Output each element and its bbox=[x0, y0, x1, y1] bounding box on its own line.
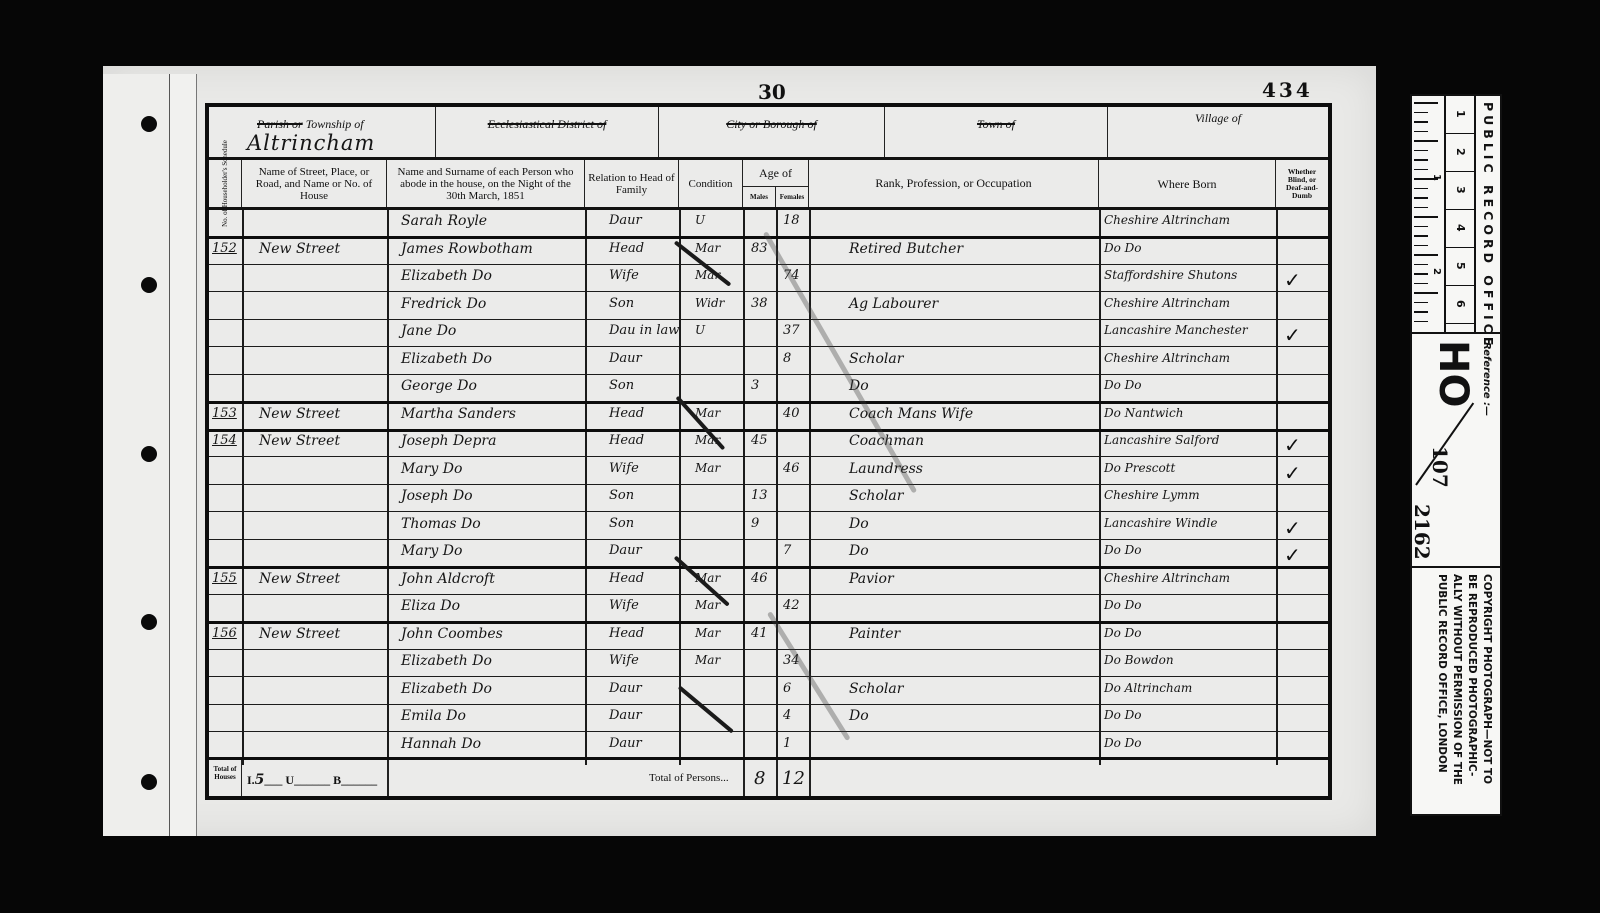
scale-ruler: PUBLIC RECORD OFFICE 12345612 bbox=[1412, 96, 1500, 334]
cell-mark bbox=[1284, 708, 1324, 730]
binding-margin bbox=[103, 74, 170, 836]
cell-mark: ✓ bbox=[1284, 268, 1324, 290]
folio-number: 30 bbox=[758, 80, 786, 104]
cell-female: 8 bbox=[783, 351, 807, 373]
scale-number: 4 bbox=[1454, 224, 1467, 232]
cell-schedule bbox=[212, 268, 242, 290]
cell-name: Elizabeth Do bbox=[401, 653, 583, 675]
column-headers: No. of Householder's Schedule Name of St… bbox=[209, 160, 1328, 210]
cell-born: Do Do bbox=[1104, 543, 1276, 565]
cell-relation: Dau in law bbox=[609, 323, 677, 345]
cell-occupation: Do bbox=[849, 543, 1094, 565]
cell-born: Cheshire Altrincham bbox=[1104, 213, 1276, 235]
cell-male bbox=[751, 708, 775, 730]
census-row: 154New StreetJoseph DepraHeadMar45Coachm… bbox=[209, 430, 1328, 457]
cell-name: Fredrick Do bbox=[401, 296, 583, 318]
cell-male bbox=[751, 351, 775, 373]
cell-condition: Mar bbox=[695, 241, 741, 263]
census-row: George DoSon3DoDo Do bbox=[209, 375, 1328, 404]
cell-schedule: 153 bbox=[212, 406, 242, 428]
township-box: Parish or Township of Altrincham bbox=[209, 107, 436, 157]
cell-mark bbox=[1284, 598, 1324, 620]
cell-street bbox=[259, 708, 384, 730]
reference-series: HO bbox=[1430, 340, 1476, 407]
cell-relation: Daur bbox=[609, 351, 677, 373]
cell-name: Elizabeth Do bbox=[401, 681, 583, 703]
inch-mark: 1 bbox=[1431, 174, 1442, 181]
census-row: Mary DoDaur7DoDo Do✓ bbox=[209, 540, 1328, 569]
cell-condition bbox=[695, 351, 741, 373]
cell-occupation: Do bbox=[849, 708, 1094, 730]
cell-mark bbox=[1284, 213, 1324, 235]
total-persons-label: Total of Persons... bbox=[649, 772, 729, 784]
record-office-card: PUBLIC RECORD OFFICE 12345612 Reference … bbox=[1410, 94, 1502, 816]
cell-occupation: Painter bbox=[849, 626, 1094, 648]
cell-mark: ✓ bbox=[1284, 543, 1324, 565]
cell-name: Emila Do bbox=[401, 708, 583, 730]
scale-number: 2 bbox=[1454, 148, 1467, 156]
cell-born: Do Prescott bbox=[1104, 461, 1276, 483]
cell-schedule bbox=[212, 296, 242, 318]
cell-male bbox=[751, 213, 775, 235]
cell-name: George Do bbox=[401, 378, 583, 400]
cell-relation: Head bbox=[609, 433, 677, 455]
cell-occupation: Scholar bbox=[849, 488, 1094, 510]
cell-occupation: Scholar bbox=[849, 351, 1094, 373]
cell-occupation: Do bbox=[849, 378, 1094, 400]
town-box: Town of bbox=[885, 107, 1108, 157]
cell-male: 13 bbox=[751, 488, 775, 510]
cell-occupation: Ag Labourer bbox=[849, 296, 1094, 318]
cell-female bbox=[783, 488, 807, 510]
cell-street bbox=[259, 461, 384, 483]
cell-schedule bbox=[212, 516, 242, 538]
cell-male bbox=[751, 406, 775, 428]
cell-female: 46 bbox=[783, 461, 807, 483]
cell-mark: ✓ bbox=[1284, 433, 1324, 455]
cell-schedule: 155 bbox=[212, 571, 242, 593]
cell-female: 42 bbox=[783, 598, 807, 620]
building-label: B bbox=[333, 773, 341, 787]
houses-counts: I.5___ U______ B______ bbox=[247, 772, 377, 788]
cell-street bbox=[259, 268, 384, 290]
cell-born: Cheshire Altrincham bbox=[1104, 571, 1276, 593]
punch-hole bbox=[141, 446, 157, 462]
cell-female bbox=[783, 241, 807, 263]
cell-mark bbox=[1284, 241, 1324, 263]
cell-street bbox=[259, 351, 384, 373]
cell-born: Do Do bbox=[1104, 736, 1276, 758]
cell-relation: Wife bbox=[609, 461, 677, 483]
cell-condition: Mar bbox=[695, 653, 741, 675]
cell-condition bbox=[695, 681, 741, 703]
cell-born: Staffordshire Shutons bbox=[1104, 268, 1276, 290]
census-row: Elizabeth DoWifeMar34Do Bowdon bbox=[209, 650, 1328, 677]
cell-female: 6 bbox=[783, 681, 807, 703]
cell-street bbox=[259, 296, 384, 318]
cell-schedule bbox=[212, 351, 242, 373]
cell-mark bbox=[1284, 378, 1324, 400]
cell-street bbox=[259, 488, 384, 510]
cell-male: 3 bbox=[751, 378, 775, 400]
cell-relation: Daur bbox=[609, 681, 677, 703]
cell-schedule bbox=[212, 543, 242, 565]
cell-male: 38 bbox=[751, 296, 775, 318]
cell-male bbox=[751, 268, 775, 290]
cell-relation: Son bbox=[609, 488, 677, 510]
cell-born: Cheshire Lymm bbox=[1104, 488, 1276, 510]
cell-name: Thomas Do bbox=[401, 516, 583, 538]
cell-female: 37 bbox=[783, 323, 807, 345]
col-blind: Whether Blind, or Deaf-and-Dumb bbox=[1276, 160, 1328, 207]
cell-name: Hannah Do bbox=[401, 736, 583, 758]
cell-schedule bbox=[212, 488, 242, 510]
cell-occupation bbox=[849, 598, 1094, 620]
totals-row: Total of Houses I.5___ U______ B______ T… bbox=[209, 757, 1328, 796]
cell-name: Eliza Do bbox=[401, 598, 583, 620]
scale-number: 5 bbox=[1454, 262, 1467, 270]
cell-occupation: Retired Butcher bbox=[849, 241, 1094, 263]
cell-male: 46 bbox=[751, 571, 775, 593]
col-condition: Condition bbox=[679, 160, 743, 207]
cell-relation: Daur bbox=[609, 736, 677, 758]
col-name: Name and Surname of each Person who abod… bbox=[387, 160, 585, 207]
cell-name: Mary Do bbox=[401, 461, 583, 483]
cell-street: New Street bbox=[259, 433, 384, 455]
cell-street bbox=[259, 516, 384, 538]
total-males: 8 bbox=[754, 768, 765, 789]
cell-female bbox=[783, 378, 807, 400]
cell-male bbox=[751, 736, 775, 758]
census-row: Mary DoWifeMar46LaundressDo Prescott✓ bbox=[209, 458, 1328, 485]
cell-relation: Son bbox=[609, 378, 677, 400]
census-row: Fredrick DoSonWidr38Ag LabourerCheshire … bbox=[209, 293, 1328, 320]
cell-mark bbox=[1284, 736, 1324, 758]
binding-strip bbox=[170, 74, 197, 836]
cell-born: Do Bowdon bbox=[1104, 653, 1276, 675]
cell-condition: U bbox=[695, 213, 741, 235]
cell-street bbox=[259, 598, 384, 620]
cell-relation: Wife bbox=[609, 268, 677, 290]
cell-relation: Head bbox=[609, 241, 677, 263]
township-value: Altrincham bbox=[247, 131, 375, 155]
scale-number: 6 bbox=[1454, 300, 1467, 308]
ecclesiastical-box: Ecclesiastical District of bbox=[436, 107, 659, 157]
cell-name: Elizabeth Do bbox=[401, 351, 583, 373]
cell-schedule: 156 bbox=[212, 626, 242, 648]
cell-condition bbox=[695, 543, 741, 565]
cell-female: 18 bbox=[783, 213, 807, 235]
town-label: Town of bbox=[977, 117, 1015, 131]
cell-occupation bbox=[849, 268, 1094, 290]
ecclesiastical-label: Ecclesiastical District of bbox=[488, 117, 607, 131]
cell-female bbox=[783, 516, 807, 538]
cell-born: Do Do bbox=[1104, 598, 1276, 620]
copyright-notice: COPYRIGHT PHOTOGRAPH—NOT TO BE REPRODUCE… bbox=[1412, 568, 1500, 814]
cell-schedule bbox=[212, 461, 242, 483]
cell-relation: Head bbox=[609, 626, 677, 648]
census-row: Hannah DoDaur1Do Do bbox=[209, 733, 1328, 760]
punch-hole bbox=[141, 614, 157, 630]
cell-mark bbox=[1284, 626, 1324, 648]
cell-schedule bbox=[212, 213, 242, 235]
cell-female bbox=[783, 433, 807, 455]
cell-mark bbox=[1284, 681, 1324, 703]
cell-mark bbox=[1284, 653, 1324, 675]
cell-name: Martha Sanders bbox=[401, 406, 583, 428]
cell-schedule: 152 bbox=[212, 241, 242, 263]
page-number: 434 bbox=[1262, 78, 1313, 102]
cell-condition: Mar bbox=[695, 626, 741, 648]
cell-mark: ✓ bbox=[1284, 323, 1324, 345]
city-box: City or Borough of bbox=[659, 107, 885, 157]
cell-occupation bbox=[849, 736, 1094, 758]
punch-hole bbox=[141, 277, 157, 293]
reference-item: 2162 bbox=[1410, 504, 1434, 560]
col-age-females: Females bbox=[776, 187, 808, 207]
total-females: 12 bbox=[782, 768, 805, 789]
cell-name: John Coombes bbox=[401, 626, 583, 648]
cell-street: New Street bbox=[259, 571, 384, 593]
cell-name: Mary Do bbox=[401, 543, 583, 565]
cell-occupation bbox=[849, 653, 1094, 675]
scale-number: 3 bbox=[1454, 186, 1467, 194]
cell-relation: Wife bbox=[609, 598, 677, 620]
census-form: Parish or Township of Altrincham Ecclesi… bbox=[205, 103, 1332, 800]
cell-name: Joseph Depra bbox=[401, 433, 583, 455]
cell-male: 9 bbox=[751, 516, 775, 538]
col-where-born: Where Born bbox=[1099, 160, 1276, 207]
census-row: Eliza DoWifeMar42Do Do bbox=[209, 595, 1328, 624]
cell-mark bbox=[1284, 296, 1324, 318]
cell-born: Do Nantwich bbox=[1104, 406, 1276, 428]
village-label: Village of bbox=[1108, 111, 1328, 126]
uninhabited-label: U bbox=[285, 773, 294, 787]
col-age: Age of Males Females bbox=[743, 160, 809, 207]
cell-street: New Street bbox=[259, 626, 384, 648]
cell-street bbox=[259, 543, 384, 565]
cell-relation: Head bbox=[609, 406, 677, 428]
cell-born: Cheshire Altrincham bbox=[1104, 351, 1276, 373]
census-row: Elizabeth DoDaur6ScholarDo Altrincham bbox=[209, 678, 1328, 705]
cell-male bbox=[751, 461, 775, 483]
cell-condition bbox=[695, 488, 741, 510]
cell-mark bbox=[1284, 571, 1324, 593]
cell-relation: Daur bbox=[609, 543, 677, 565]
reference-box: Reference :— HO 107 2162 bbox=[1412, 334, 1500, 568]
census-row: Emila DoDaur4DoDo Do bbox=[209, 705, 1328, 732]
cell-born: Do Do bbox=[1104, 241, 1276, 263]
col-age-males: Males bbox=[743, 187, 776, 207]
cell-female: 1 bbox=[783, 736, 807, 758]
census-entries: Sarah RoyleDaurU18Cheshire Altrincham152… bbox=[209, 210, 1328, 765]
cell-occupation bbox=[849, 213, 1094, 235]
cell-born: Lancashire Windle bbox=[1104, 516, 1276, 538]
city-label: City or Borough of bbox=[726, 117, 817, 131]
cell-male bbox=[751, 323, 775, 345]
cell-mark bbox=[1284, 488, 1324, 510]
cell-relation: Wife bbox=[609, 653, 677, 675]
cell-born: Do Do bbox=[1104, 708, 1276, 730]
cell-condition: Mar bbox=[695, 461, 741, 483]
cell-name: Joseph Do bbox=[401, 488, 583, 510]
cell-female bbox=[783, 571, 807, 593]
cell-condition: Widr bbox=[695, 296, 741, 318]
cell-condition bbox=[695, 378, 741, 400]
cell-name: Elizabeth Do bbox=[401, 268, 583, 290]
col-street: Name of Street, Place, or Road, and Name… bbox=[242, 160, 387, 207]
cell-female: 4 bbox=[783, 708, 807, 730]
cell-condition: Mar bbox=[695, 268, 741, 290]
cell-born: Cheshire Altrincham bbox=[1104, 296, 1276, 318]
total-houses-label: Total of Houses bbox=[209, 760, 242, 796]
punch-hole bbox=[141, 116, 157, 132]
cell-condition bbox=[695, 516, 741, 538]
cell-street bbox=[259, 323, 384, 345]
cell-mark: ✓ bbox=[1284, 461, 1324, 483]
scale-number: 1 bbox=[1454, 110, 1467, 118]
cell-relation: Daur bbox=[609, 213, 677, 235]
cell-condition bbox=[695, 736, 741, 758]
cell-street: New Street bbox=[259, 241, 384, 263]
cell-condition: U bbox=[695, 323, 741, 345]
census-row: Elizabeth DoDaur8ScholarCheshire Altrinc… bbox=[209, 348, 1328, 375]
cell-mark bbox=[1284, 406, 1324, 428]
cell-schedule bbox=[212, 323, 242, 345]
cell-occupation: Scholar bbox=[849, 681, 1094, 703]
census-row: Joseph DoSon13ScholarCheshire Lymm bbox=[209, 485, 1328, 512]
cell-schedule bbox=[212, 708, 242, 730]
col-occupation: Rank, Profession, or Occupation bbox=[809, 160, 1099, 207]
cell-street bbox=[259, 378, 384, 400]
cell-schedule bbox=[212, 598, 242, 620]
village-box: Village of bbox=[1108, 107, 1328, 157]
cell-schedule bbox=[212, 653, 242, 675]
cell-male bbox=[751, 653, 775, 675]
cell-relation: Son bbox=[609, 296, 677, 318]
cell-relation: Daur bbox=[609, 708, 677, 730]
census-row: 153New StreetMartha SandersHeadMar40Coac… bbox=[209, 403, 1328, 432]
census-row: Thomas DoSon9DoLancashire Windle✓ bbox=[209, 513, 1328, 540]
cell-relation: Son bbox=[609, 516, 677, 538]
cell-mark: ✓ bbox=[1284, 516, 1324, 538]
cell-born: Lancashire Salford bbox=[1104, 433, 1276, 455]
cell-street: New Street bbox=[259, 406, 384, 428]
census-row: Jane DoDau in lawU37Lancashire Mancheste… bbox=[209, 320, 1328, 347]
cell-born: Lancashire Manchester bbox=[1104, 323, 1276, 345]
reference-label: Reference :— bbox=[1481, 342, 1492, 416]
cell-street bbox=[259, 736, 384, 758]
census-row: Elizabeth DoWifeMar74Staffordshire Shuto… bbox=[209, 265, 1328, 292]
inhabited-count: 5 bbox=[255, 772, 265, 788]
card-title: PUBLIC RECORD OFFICE bbox=[1481, 102, 1496, 349]
census-row: 156New StreetJohn CoombesHeadMar41Painte… bbox=[209, 623, 1328, 650]
cell-name: James Rowbotham bbox=[401, 241, 583, 263]
cell-schedule bbox=[212, 681, 242, 703]
cell-condition: Mar bbox=[695, 598, 741, 620]
cell-occupation: Coach Mans Wife bbox=[849, 406, 1094, 428]
cell-occupation: Laundress bbox=[849, 461, 1094, 483]
place-header: Parish or Township of Altrincham Ecclesi… bbox=[209, 107, 1328, 160]
census-row: 155New StreetJohn AldcroftHeadMar46Pavio… bbox=[209, 568, 1328, 595]
punch-hole bbox=[141, 774, 157, 790]
cell-relation: Head bbox=[609, 571, 677, 593]
cell-female: 40 bbox=[783, 406, 807, 428]
cell-born: Do Do bbox=[1104, 626, 1276, 648]
cell-mark bbox=[1284, 351, 1324, 373]
cell-name: John Aldcroft bbox=[401, 571, 583, 593]
cell-schedule bbox=[212, 378, 242, 400]
cell-schedule bbox=[212, 736, 242, 758]
cell-born: Do Do bbox=[1104, 378, 1276, 400]
cell-street bbox=[259, 681, 384, 703]
cell-female: 7 bbox=[783, 543, 807, 565]
cell-male: 45 bbox=[751, 433, 775, 455]
cell-name: Jane Do bbox=[401, 323, 583, 345]
cell-occupation: Pavior bbox=[849, 571, 1094, 593]
cell-occupation bbox=[849, 323, 1094, 345]
cell-male bbox=[751, 681, 775, 703]
cell-street bbox=[259, 213, 384, 235]
col-schedule: No. of Householder's Schedule bbox=[209, 160, 242, 207]
cell-occupation: Do bbox=[849, 516, 1094, 538]
cell-street bbox=[259, 653, 384, 675]
cell-born: Do Altrincham bbox=[1104, 681, 1276, 703]
cell-male: 41 bbox=[751, 626, 775, 648]
cell-schedule: 154 bbox=[212, 433, 242, 455]
cell-name: Sarah Royle bbox=[401, 213, 583, 235]
cell-male bbox=[751, 543, 775, 565]
inch-mark: 2 bbox=[1431, 268, 1442, 275]
col-relation: Relation to Head of Family bbox=[585, 160, 679, 207]
